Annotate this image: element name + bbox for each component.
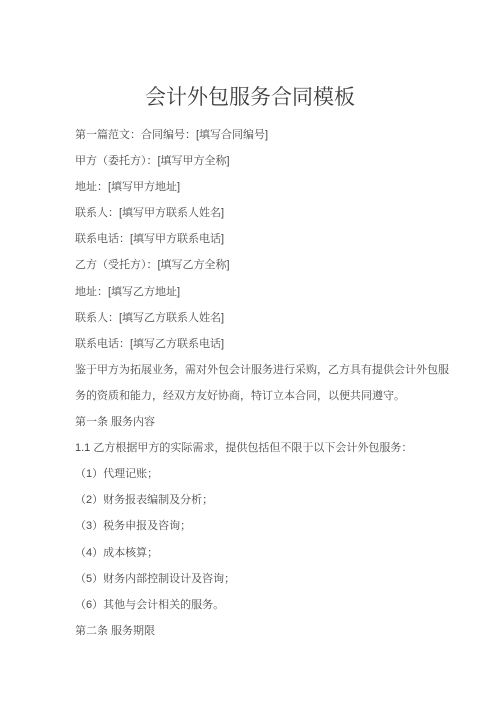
doc-line-clause-1-1: 1.1 乙方根据甲方的实际需求，提供包括但不限于以下会计外包服务： — [75, 435, 440, 461]
doc-line-article-2-heading: 第二条 服务期限 — [75, 618, 440, 644]
document-content: 会计外包服务合同模板 第一篇范文：合同编号：[填写合同编号] 甲方（委托方）：[… — [0, 0, 500, 644]
doc-line-party-a-contact: 联系人：[填写甲方联系人姓名] — [75, 200, 440, 226]
doc-line-party-b-phone: 联系电话：[填写乙方联系电话] — [75, 331, 440, 357]
doc-line-article-1-heading: 第一条 服务内容 — [75, 409, 440, 435]
doc-line-party-b-address: 地址：[填写乙方地址] — [75, 279, 440, 305]
doc-line-preamble-2: 务的资质和能力，经双方友好协商，特订立本合同，以便共同遵守。 — [75, 383, 440, 409]
doc-line-service-item-3: （3）税务申报及咨询； — [75, 513, 440, 539]
document-title: 会计外包服务合同模板 — [60, 82, 440, 113]
doc-line-preamble-1: 鉴于甲方为拓展业务，需对外包会计服务进行采购，乙方具有提供会计外包服 — [75, 357, 440, 383]
doc-line-party-b: 乙方（受托方）：[填写乙方全称] — [75, 252, 440, 278]
doc-line-party-a-phone: 联系电话：[填写甲方联系电话] — [75, 226, 440, 252]
doc-line-party-a: 甲方（委托方）：[填写甲方全称] — [75, 148, 440, 174]
doc-line-service-item-5: （5）财务内部控制设计及咨询； — [75, 566, 440, 592]
doc-line-party-b-contact: 联系人：[填写乙方联系人姓名] — [75, 305, 440, 331]
document-page: 会计外包服务合同模板 第一篇范文：合同编号：[填写合同编号] 甲方（委托方）：[… — [0, 0, 500, 707]
doc-line-service-item-4: （4）成本核算； — [75, 540, 440, 566]
doc-line-party-a-address: 地址：[填写甲方地址] — [75, 174, 440, 200]
doc-line-service-item-6: （6）其他与会计相关的服务。 — [75, 592, 440, 618]
doc-line-contract-number: 第一篇范文：合同编号：[填写合同编号] — [75, 122, 440, 148]
doc-line-service-item-1: （1）代理记账； — [75, 461, 440, 487]
doc-line-service-item-2: （2）财务报表编制及分析； — [75, 487, 440, 513]
